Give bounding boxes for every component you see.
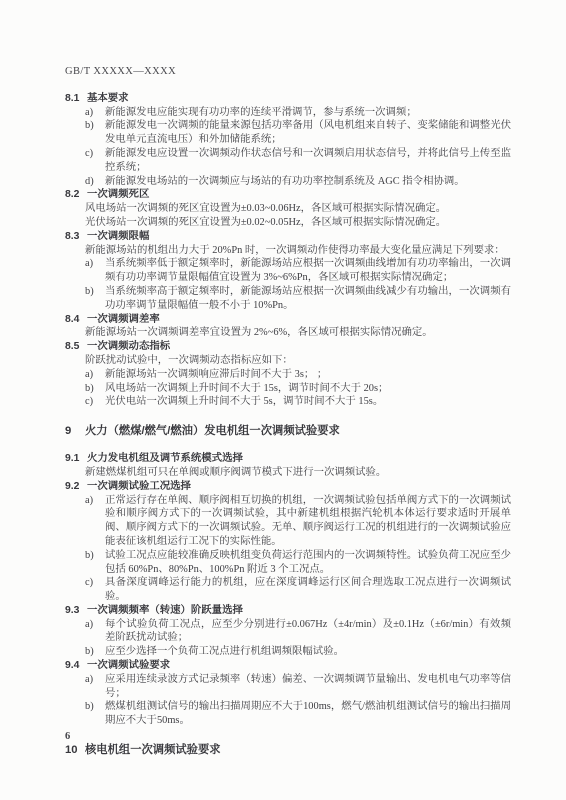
clause-heading: 9.1火力发电机组及调节系统模式选择 [65, 452, 511, 466]
list-item-label: a) [85, 106, 105, 120]
chapter-title: 火力（燃煤/燃气/燃油）发电机组一次调频试验要求 [85, 425, 340, 437]
clause-number: 8.5 [65, 340, 87, 354]
paragraph: 风电场站一次调频的死区宜设置为±0.03~0.06Hz，各区域可根据实际情况确定… [85, 202, 511, 216]
chapter-number: 9 [65, 424, 85, 438]
list-item-text: 当系统频率高于额定频率时，新能源场站应根据一次调频曲线减少有功输出，一次调频有功… [105, 285, 511, 313]
list-item-text: 当系统频率低于额定频率时，新能源场站应根据一次调频曲线增加有功功率输出，一次调频… [105, 257, 511, 285]
paragraph: 新能源场站一次调频调差率宜设置为 2%~6%，各区域可根据实际情况确定。 [85, 326, 511, 340]
list-item-label: c) [85, 395, 105, 409]
clause-title: 一次调频调差率 [87, 314, 160, 325]
clause-title: 一次调频频率（转速）阶跃量选择 [87, 605, 243, 616]
list-item-label: b) [85, 285, 105, 313]
clause-number: 9.1 [65, 452, 87, 466]
list-item: b)燃煤机组测试信号的输出扫描周期应不大于100ms，燃气/燃油机组测试信号的输… [85, 700, 511, 728]
list-item-text: 应采用连续录波方式记录频率（转速）偏差、一次调频调节量输出、发电机电气功率等信号… [105, 673, 511, 701]
clause-number: 9.3 [65, 604, 87, 618]
clause-number: 8.3 [65, 230, 87, 244]
list-item-text: 试验工况点应能较准确反映机组变负荷运行范围内的一次调频特性。试验负荷工况应至少包… [105, 549, 511, 577]
clause-heading: 8.4一次调频调差率 [65, 313, 511, 327]
list-item-label: a) [85, 257, 105, 285]
list-item-label: c) [85, 576, 105, 604]
paragraph: 新能源场站的机组出力大于 20%Pn 时，一次调频动作使得功率最大变化量应满足下… [85, 244, 511, 258]
list-item: c)新能源发电应设置一次调频动作状态信号和一次调频启用状态信号，并将此信号上传至… [85, 147, 511, 175]
list-item-text: 正常运行存在单阀、顺序阀相互切换的机组，一次调频试验包括单阀方式下的一次调频试验… [105, 494, 511, 549]
list-item-text: 新能源发电应能实现有功功率的连续平滑调节，参与系统一次调频； [105, 106, 511, 120]
list-item: a)正常运行存在单阀、顺序阀相互切换的机组，一次调频试验包括单阀方式下的一次调频… [85, 494, 511, 549]
list-item-text: 新能源发电应设置一次调频动作状态信号和一次调频启用状态信号，并将此信号上传至监控… [105, 147, 511, 175]
list-item-label: c) [85, 147, 105, 175]
chapter-heading: 9火力（燃煤/燃气/燃油）发电机组一次调频试验要求 [65, 424, 511, 438]
list-item-text: 新能源场站一次调频响应滞后时间不大于 3s； ； [105, 368, 511, 382]
list-item-text: 具备深度调峰运行能力的机组，应在深度调峰运行区间合理选取工况点进行一次调频试验。 [105, 576, 511, 604]
paragraph: 光伏场站一次调频的死区宜设置为±0.02~0.05Hz，各区域可根据实际情况确定… [85, 216, 511, 230]
clause-number: 8.4 [65, 313, 87, 327]
list-item: a)每个试验负荷工况点，应至少分别进行±0.067Hz（±4r/min）及±0.… [85, 618, 511, 646]
doc-code-header: GB/T XXXXX—XXXX [65, 65, 511, 79]
list-item: b)应至少选择一个负荷工况点进行机组调频限幅试验。 [85, 645, 511, 659]
clause-heading: 8.3一次调频限幅 [65, 230, 511, 244]
list-item: c)光伏电站一次调频上升时间不大于 5s，调节时间不大于 15s。 [85, 395, 511, 409]
clause-heading: 8.5一次调频动态指标 [65, 340, 511, 354]
list-item: b)当系统频率高于额定频率时，新能源场站应根据一次调频曲线减少有功输出，一次调频… [85, 285, 511, 313]
list-item-text: 新能源发电一次调频的能量来源包括功率备用（风电机组来自转子、变桨储能和调整光伏发… [105, 119, 511, 147]
list-item: b)试验工况点应能较准确反映机组变负荷运行范围内的一次调频特性。试验负荷工况应至… [85, 549, 511, 577]
clause-heading: 9.4一次调频试验要求 [65, 659, 511, 673]
chapter-number: 10 [65, 743, 85, 757]
list-item-label: a) [85, 494, 105, 549]
list-item: a)新能源场站一次调频响应滞后时间不大于 3s； ； [85, 368, 511, 382]
clause-title: 一次调频试验要求 [87, 660, 170, 671]
clause-title: 一次调频动态指标 [87, 341, 170, 352]
clause-number: 8.2 [65, 188, 87, 202]
list-item-text: 新能源发电场站的一次调频应与场站的有功功率控制系统及 AGC 指令相协调。 [105, 175, 511, 189]
list-item-label: b) [85, 645, 105, 659]
list-item-text: 每个试验负荷工况点，应至少分别进行±0.067Hz（±4r/min）及±0.1H… [105, 618, 511, 646]
clause-title: 基本要求 [87, 93, 129, 104]
list-item-label: b) [85, 382, 105, 396]
clause-heading: 9.3一次调频频率（转速）阶跃量选择 [65, 604, 511, 618]
list-item-label: b) [85, 549, 105, 577]
document-body: 8.1基本要求a)新能源发电应能实现有功功率的连续平滑调节，参与系统一次调频；b… [65, 92, 511, 757]
list-item: d)新能源发电场站的一次调频应与场站的有功功率控制系统及 AGC 指令相协调。 [85, 175, 511, 189]
clause-heading: 8.1基本要求 [65, 92, 511, 106]
clause-heading: 9.2一次调频试验工况选择 [65, 480, 511, 494]
paragraph: 新建燃煤机组可只在单阀或顺序阀调节模式下进行一次调频试验。 [85, 466, 511, 480]
list-item-label: a) [85, 673, 105, 701]
list-item-label: a) [85, 368, 105, 382]
list-item: c)具备深度调峰运行能力的机组，应在深度调峰运行区间合理选取工况点进行一次调频试… [85, 576, 511, 604]
list-item-label: a) [85, 618, 105, 646]
document-content: GB/T XXXXX—XXXX 8.1基本要求a)新能源发电应能实现有功功率的连… [65, 65, 511, 771]
chapter-title: 核电机组一次调频试验要求 [85, 744, 221, 756]
page-number-footer: 6 [65, 731, 70, 742]
list-item: a)应采用连续录波方式记录频率（转速）偏差、一次调频调节量输出、发电机电气功率等… [85, 673, 511, 701]
list-item-label: d) [85, 175, 105, 189]
clause-heading: 8.2一次调频死区 [65, 188, 511, 202]
list-item: b)风电场站一次调频上升时间不大于 15s，调节时间不大于 20s； [85, 382, 511, 396]
list-item-text: 应至少选择一个负荷工况点进行机组调频限幅试验。 [105, 645, 511, 659]
clause-title: 火力发电机组及调节系统模式选择 [87, 453, 243, 464]
list-item: a)当系统频率低于额定频率时，新能源场站应根据一次调频曲线增加有功功率输出，一次… [85, 257, 511, 285]
list-item-text: 燃煤机组测试信号的输出扫描周期应不大于100ms，燃气/燃油机组测试信号的输出扫… [105, 700, 511, 728]
clause-number: 8.1 [65, 92, 87, 106]
list-item-label: b) [85, 700, 105, 728]
clause-number: 9.2 [65, 480, 87, 494]
clause-number: 9.4 [65, 659, 87, 673]
list-item-text: 风电场站一次调频上升时间不大于 15s，调节时间不大于 20s； [105, 382, 511, 396]
list-item: b)新能源发电一次调频的能量来源包括功率备用（风电机组来自转子、变桨储能和调整光… [85, 119, 511, 147]
document-page: GB/T XXXXX—XXXX 8.1基本要求a)新能源发电应能实现有功功率的连… [0, 0, 566, 800]
list-item-label: b) [85, 119, 105, 147]
clause-title: 一次调频限幅 [87, 231, 149, 242]
paragraph: 阶跃扰动试验中，一次调频动态指标应如下： [85, 354, 511, 368]
clause-title: 一次调频试验工况选择 [87, 481, 191, 492]
chapter-heading: 10核电机组一次调频试验要求 [65, 743, 511, 757]
clause-title: 一次调频死区 [87, 189, 149, 200]
list-item-text: 光伏电站一次调频上升时间不大于 5s，调节时间不大于 15s。 [105, 395, 511, 409]
list-item: a)新能源发电应能实现有功功率的连续平滑调节，参与系统一次调频； [85, 106, 511, 120]
